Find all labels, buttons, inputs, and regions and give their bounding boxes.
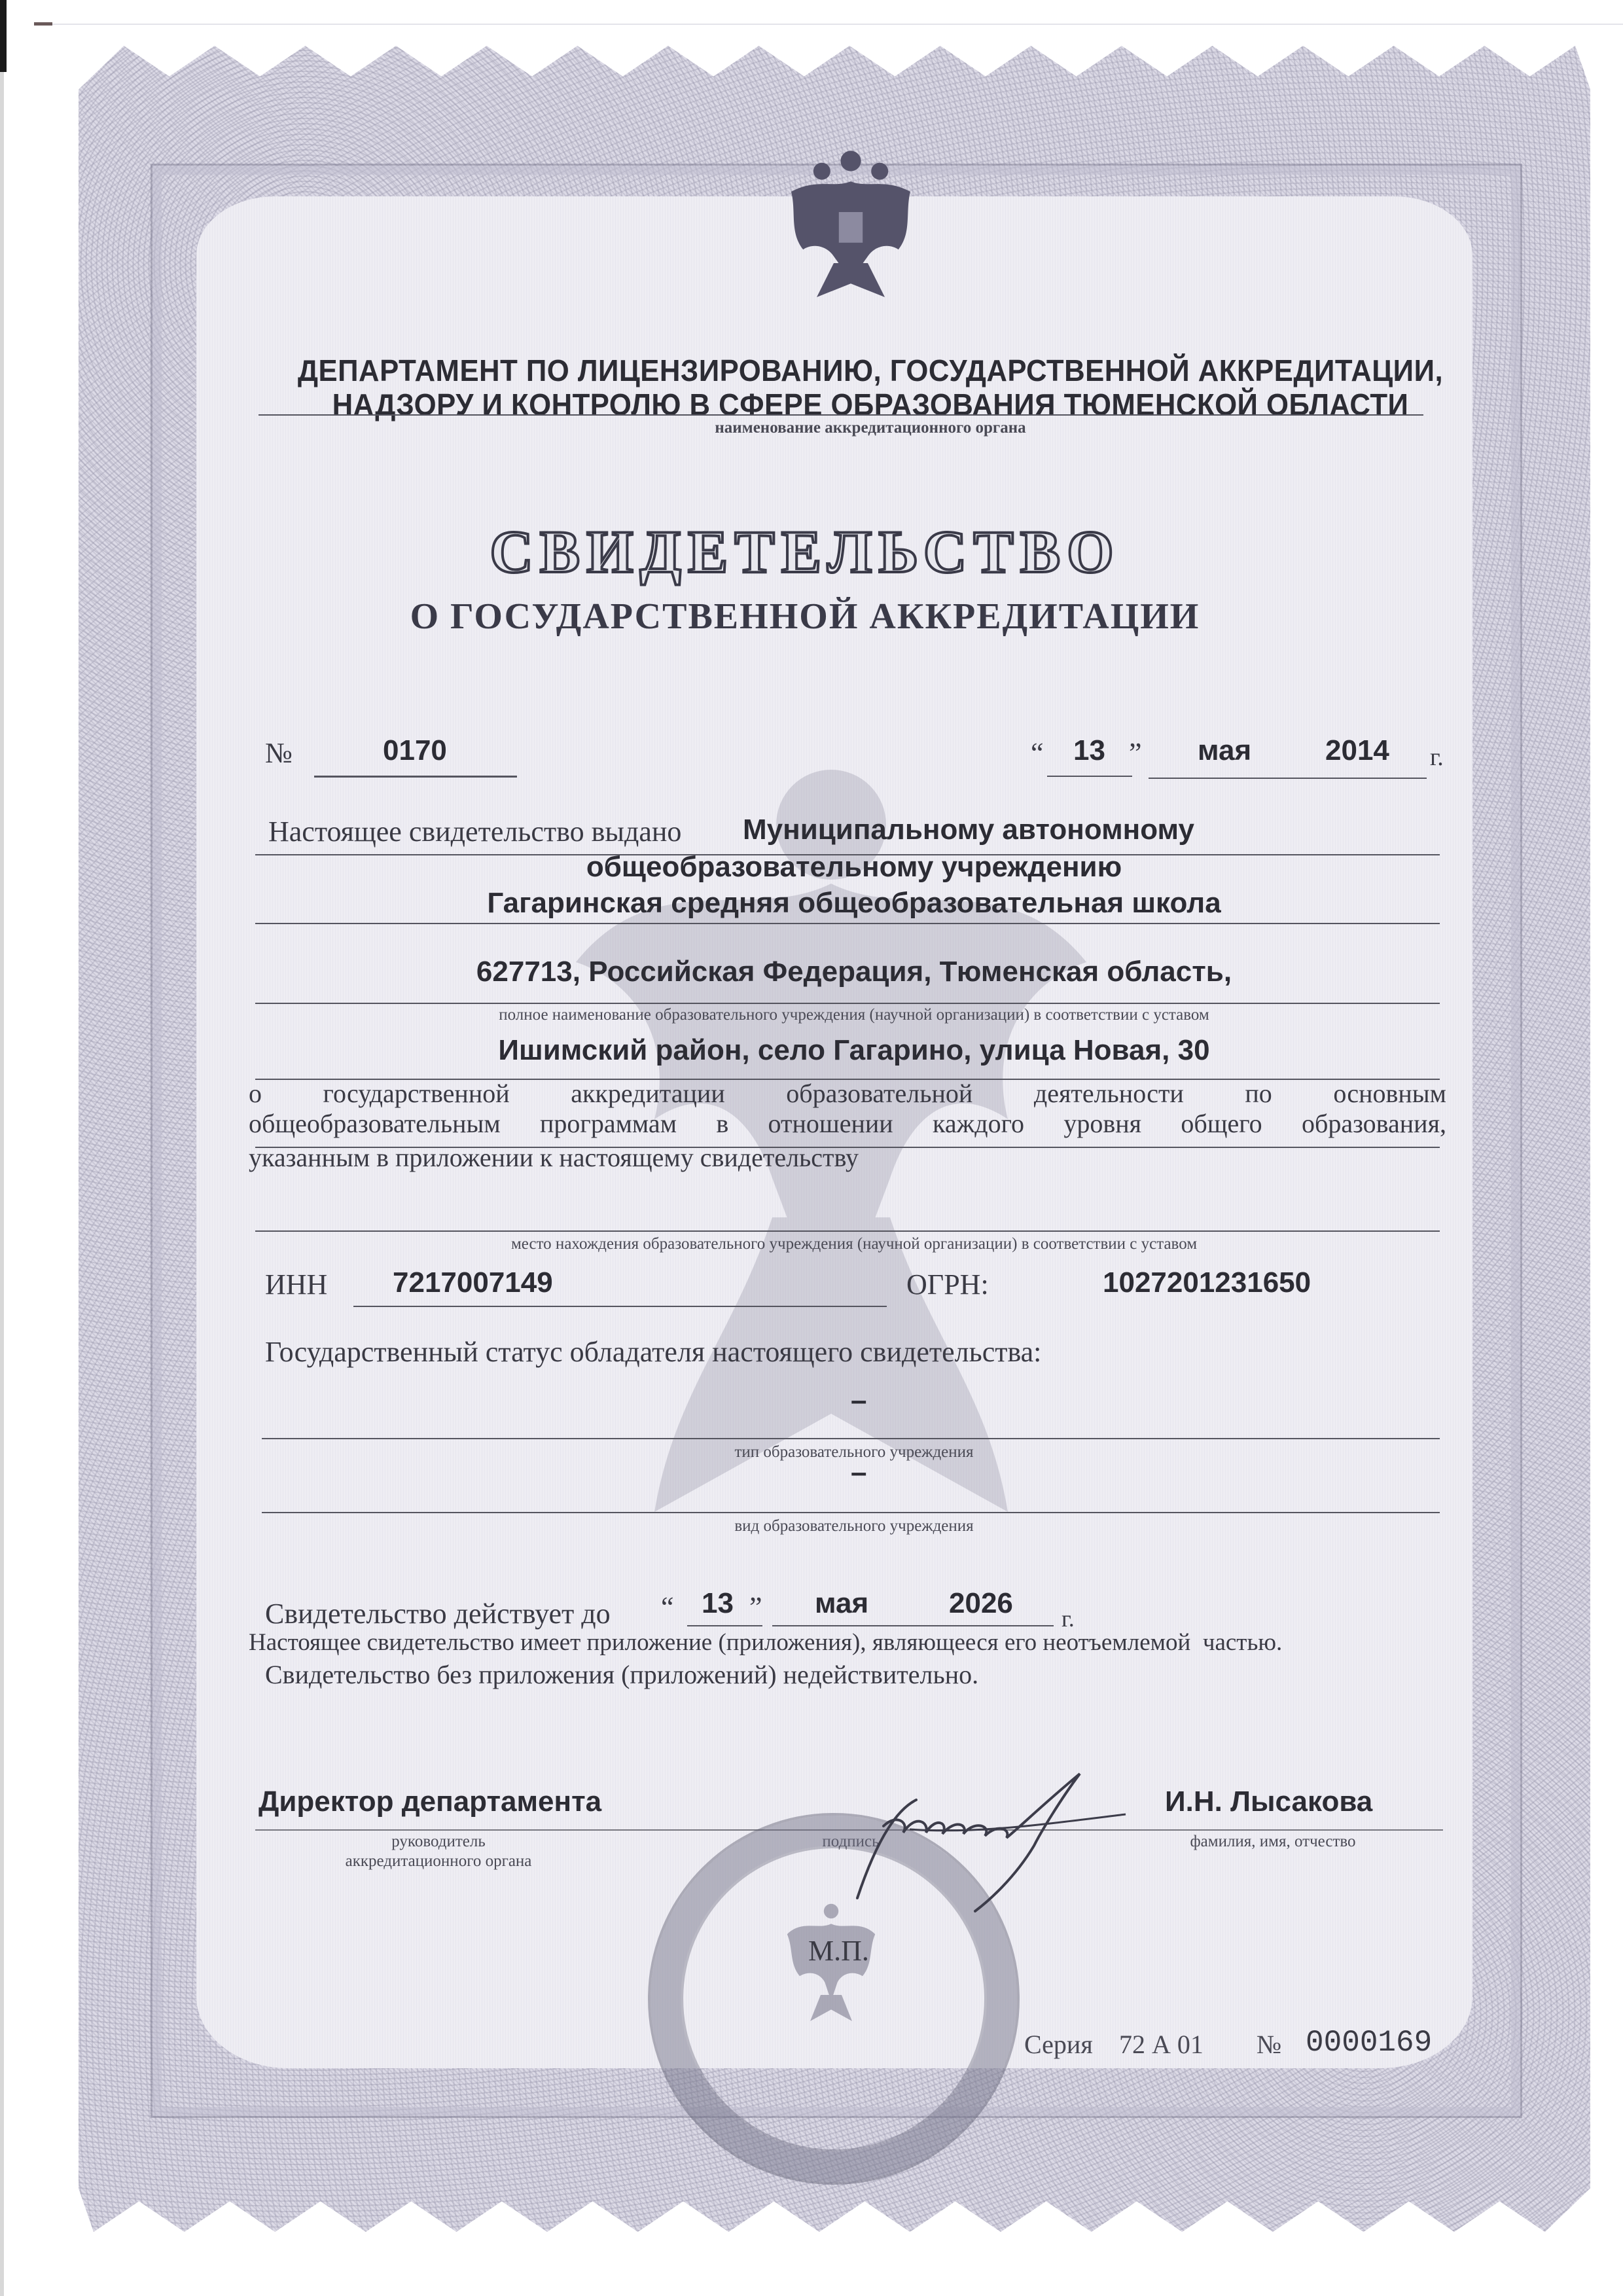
- purpose-line1: о государственной аккредитации образоват…: [249, 1079, 1446, 1109]
- purpose-line2: общеобразовательным программам в отношен…: [249, 1109, 1446, 1139]
- issue-month: мая: [1198, 734, 1251, 767]
- coat-of-arms-icon: [766, 144, 936, 314]
- series-value: 72 А 01: [1119, 2029, 1204, 2060]
- validity-year: 2026: [949, 1587, 1013, 1620]
- scan-mark: [34, 22, 52, 26]
- series-label: Серия: [1024, 2029, 1093, 2060]
- inn-label: ИНН: [265, 1268, 327, 1301]
- institution-name-line2: общеобразовательному учреждению: [249, 851, 1459, 884]
- validity-day: 13: [702, 1587, 734, 1620]
- document-subtitle: О ГОСУДАРСТВЕННОЙ АККРЕДИТАЦИИ: [249, 596, 1361, 637]
- validity-open-quote: “: [661, 1590, 674, 1624]
- status-kind-value: –: [851, 1456, 866, 1489]
- institution-caption: полное наименование образовательного учр…: [249, 1006, 1459, 1024]
- position-caption-1: руководитель: [262, 1833, 615, 1851]
- signatory-name: И.Н. Лысакова: [1165, 1785, 1372, 1818]
- validity-prefix: Свидетельство действует до: [265, 1597, 611, 1630]
- scan-edge: [0, 0, 7, 72]
- status-kind-caption: вид образовательного учреждения: [249, 1517, 1459, 1535]
- institution-name-line1: Муниципальному автономному: [743, 814, 1194, 846]
- scan-line: [52, 24, 1623, 25]
- position-caption-2: аккредитационного органа: [262, 1852, 615, 1871]
- status-type-rule: [262, 1438, 1440, 1439]
- series-number: 0000169: [1306, 2026, 1432, 2060]
- location-caption: место нахождения образовательного учрежд…: [249, 1235, 1459, 1253]
- annex-validity-note: Свидетельство без приложения (приложений…: [265, 1659, 978, 1690]
- validity-month: мая: [815, 1587, 868, 1620]
- certificate-number: 0170: [383, 734, 447, 767]
- series-number-label: №: [1257, 2029, 1281, 2060]
- annex-note: Настоящее свидетельство имеет приложение…: [249, 1628, 1282, 1657]
- authority-caption: наименование аккредитационного органа: [249, 419, 1492, 437]
- handwritten-signature: [844, 1761, 1145, 1918]
- signatory-position: Директор департамента: [259, 1785, 601, 1818]
- ogrn-value: 1027201231650: [1103, 1266, 1311, 1299]
- authority-name-line2: НАДЗОРУ И КОНТРОЛЮ В СФЕРЕ ОБРАЗОВАНИЯ Т…: [280, 387, 1461, 422]
- date-close-quote: ”: [1129, 736, 1142, 770]
- issue-day: 13: [1073, 734, 1105, 767]
- date-open-quote: “: [1031, 736, 1044, 770]
- scan-edge: [0, 72, 4, 2296]
- address-rule-1: [255, 1003, 1440, 1004]
- status-kind-rule: [262, 1512, 1440, 1513]
- number-rule: [314, 776, 517, 778]
- seal-label: М.П.: [808, 1934, 869, 1967]
- validity-close-quote: ”: [749, 1590, 762, 1624]
- authority-name-line1: ДЕПАРТАМЕНТ ПО ЛИЦЕНЗИРОВАНИЮ, ГОСУДАРСТ…: [280, 353, 1461, 387]
- issued-rule-2: [255, 923, 1440, 924]
- status-label: Государственный статус обладателя настоя…: [265, 1335, 1041, 1369]
- number-label: №: [265, 736, 293, 770]
- inn-rule: [353, 1306, 887, 1307]
- name-caption: фамилия, имя, отчество: [1126, 1833, 1420, 1851]
- issued-to-prefix: Настоящее свидетельство выдано: [268, 815, 681, 848]
- inn-value: 7217007149: [393, 1266, 553, 1299]
- year-suffix: г.: [1430, 743, 1444, 772]
- ogrn-label: ОГРН:: [906, 1268, 989, 1301]
- purpose-rule-2: [255, 1230, 1440, 1232]
- month-year-rule: [1149, 778, 1427, 779]
- document-title: СВИДЕТЕЛЬСТВО: [249, 517, 1361, 586]
- day-rule: [1047, 776, 1132, 777]
- validity-month-year-rule: [772, 1625, 1054, 1626]
- issue-year: 2014: [1325, 734, 1389, 767]
- institution-name-line3: Гагаринская средняя общеобразовательная …: [249, 887, 1459, 920]
- purpose-line3: указанным в приложении к настоящему свид…: [249, 1142, 859, 1173]
- authority-rule: [259, 414, 1423, 416]
- address-line1: 627713, Российская Федерация, Тюменская …: [249, 956, 1459, 988]
- status-type-value: –: [851, 1384, 866, 1417]
- validity-day-rule: [687, 1625, 762, 1626]
- address-line2: Ишимский район, село Гагарино, улица Нов…: [249, 1034, 1459, 1067]
